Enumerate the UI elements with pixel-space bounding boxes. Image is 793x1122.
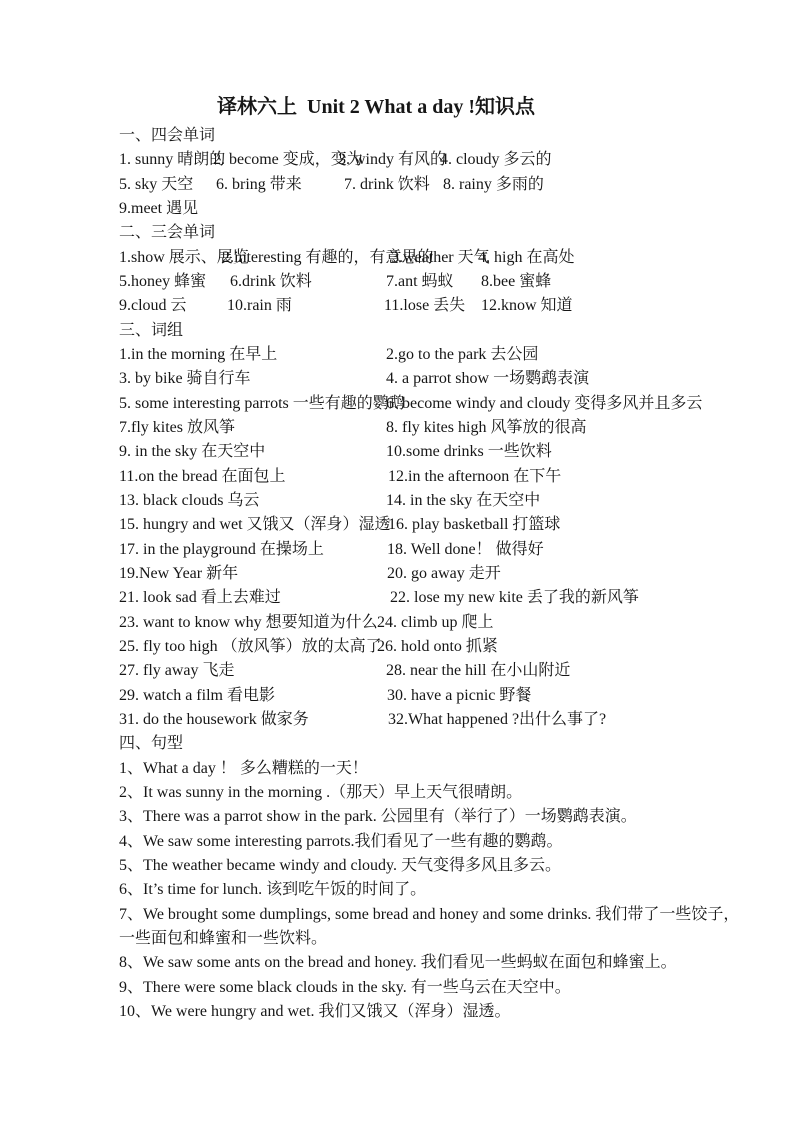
phrase-item: 17. in the playground 在操场上 [119, 538, 324, 562]
word-item: 4. high 在高处 [478, 246, 574, 270]
document-title: 译林六上 Unit 2 What a day !知识点 [0, 90, 752, 119]
phrase-item: 26. hold onto 抓紧 [377, 635, 498, 659]
word-item: 1. sunny 晴朗的 [119, 148, 225, 172]
sentence-row: 1、What a day ！ 多么糟糕的一天！ [0, 757, 793, 782]
phrase-row: 7.fly kites 放风筝 8. fly kites high 风筝放的很高 [0, 416, 793, 441]
sentence-line: 8、We saw some ants on the bread and hone… [119, 951, 677, 975]
sentence-row: 一些面包和蜂蜜和一些饮料。 [0, 927, 793, 952]
phrase-item: 3. by bike 骑自行车 [119, 367, 251, 391]
phrase-row: 19.New Year 新年 20. go away 走开 [0, 562, 793, 587]
phrase-row: 11.on the bread 在面包上 12.in the afternoon… [0, 465, 793, 490]
phrase-row: 29. watch a film 看电影 30. have a picnic 野… [0, 684, 793, 709]
word-item: 4. cloudy 多云的 [440, 148, 552, 172]
sentence-row: 4、We saw some interesting parrots.我们看见了一… [0, 830, 793, 855]
phrase-row: 27. fly away 飞走 28. near the hill 在小山附近 [0, 659, 793, 684]
phrase-row: 13. black clouds 乌云 14. in the sky 在天空中 [0, 489, 793, 514]
word-item: 9.meet 遇见 [119, 197, 198, 221]
document-page: 译林六上 Unit 2 What a day !知识点 一、四会单词 1. su… [0, 0, 793, 1122]
sentence-line-continuation: 一些面包和蜂蜜和一些饮料。 [119, 927, 327, 951]
phrase-item: 32.What happened ?出什么事了? [388, 708, 606, 732]
phrase-item: 1.in the morning 在早上 [119, 343, 277, 367]
phrase-item: 13. black clouds 乌云 [119, 489, 259, 513]
sentence-line: 7、We brought some dumplings, some bread … [119, 903, 739, 927]
phrase-item: 4. a parrot show 一场鹦鹉表演 [386, 367, 589, 391]
phrase-row: 15. hungry and wet 又饿又（浑身）湿透 16. play ba… [0, 513, 793, 538]
section-heading-phrases: 三、词组 [119, 319, 183, 343]
phrase-item: 30. have a picnic 野餐 [387, 684, 531, 708]
phrase-item: 24. climb up 爬上 [377, 611, 493, 635]
sentence-line: 3、There was a parrot show in the park. 公… [119, 805, 637, 829]
phrase-row: 9. in the sky 在天空中 10.some drinks 一些饮料 [0, 440, 793, 465]
sentence-line: 2、It was sunny in the morning .（那天）早上天气很… [119, 781, 522, 805]
phrase-item: 7.fly kites 放风筝 [119, 416, 235, 440]
phrase-item: 29. watch a film 看电影 [119, 684, 275, 708]
word-item: 10.rain 雨 [227, 294, 292, 318]
word-item: 12.know 知道 [481, 294, 573, 318]
phrase-item: 28. near the hill 在小山附近 [386, 659, 570, 683]
sentence-line: 5、The weather became windy and cloudy. 天… [119, 854, 561, 878]
word4-row: 5. sky 天空 6. bring 带来 7. drink 饮料 8. rai… [0, 173, 793, 198]
word-item: 3.weather 天气 [391, 246, 490, 270]
phrase-item: 11.on the bread 在面包上 [119, 465, 286, 489]
sentence-row: 3、There was a parrot show in the park. 公… [0, 805, 793, 830]
phrase-row: 1.in the morning 在早上 2.go to the park 去公… [0, 343, 793, 368]
sentence-row: 8、We saw some ants on the bread and hone… [0, 951, 793, 976]
word-item: 8.bee 蜜蜂 [481, 270, 551, 294]
phrase-item: 14. in the sky 在天空中 [386, 489, 540, 513]
word4-row: 9.meet 遇见 [0, 197, 793, 222]
phrase-item: 27. fly away 飞走 [119, 659, 235, 683]
word-item: 5.honey 蜂蜜 [119, 270, 206, 294]
section-heading-row: 四、句型 [0, 732, 793, 757]
word-item: 7. drink 饮料 [344, 173, 430, 197]
section-heading-sentences: 四、句型 [119, 732, 183, 756]
section-heading-word4: 一、四会单词 [119, 124, 215, 148]
word-item: 5. sky 天空 [119, 173, 193, 197]
phrase-item: 20. go away 走开 [387, 562, 501, 586]
phrase-item: 19.New Year 新年 [119, 562, 238, 586]
phrase-item: 21. look sad 看上去难过 [119, 586, 281, 610]
word4-row: 1. sunny 晴朗的 2. become 变成，变为 3. windy 有风… [0, 148, 793, 173]
sentence-line: 10、We were hungry and wet. 我们又饿又（浑身）湿透。 [119, 1000, 511, 1024]
word-item: 7.ant 蚂蚁 [386, 270, 454, 294]
phrase-row: 3. by bike 骑自行车 4. a parrot show 一场鹦鹉表演 [0, 367, 793, 392]
word3-row: 9.cloud 云 10.rain 雨 11.lose 丢失 12.know 知… [0, 294, 793, 319]
phrase-item: 18. Well done！ 做得好 [387, 538, 544, 562]
phrase-item: 16. play basketball 打篮球 [388, 513, 560, 537]
word-item: 6.drink 饮料 [230, 270, 312, 294]
sentence-line: 1、What a day ！ 多么糟糕的一天！ [119, 757, 368, 781]
sentence-row: 6、It’s time for lunch. 该到吃午饭的时间了。 [0, 878, 793, 903]
sentence-line: 4、We saw some interesting parrots.我们看见了一… [119, 830, 563, 854]
phrase-row: 17. in the playground 在操场上 18. Well done… [0, 538, 793, 563]
phrase-row: 31. do the housework 做家务 32.What happene… [0, 708, 793, 733]
sentence-row: 7、We brought some dumplings, some bread … [0, 903, 793, 928]
phrase-item: 5. some interesting parrots 一些有趣的鹦鹉 [119, 392, 405, 416]
section-heading-row: 一、四会单词 [0, 124, 793, 149]
word-item: 3. windy 有风的 [338, 148, 446, 172]
phrase-item: 23. want to know why 想要知道为什么 [119, 611, 378, 635]
phrase-row: 21. look sad 看上去难过 22. lose my new kite … [0, 586, 793, 611]
sentence-line: 9、There were some black clouds in the sk… [119, 976, 571, 1000]
word3-row: 5.honey 蜂蜜 6.drink 饮料 7.ant 蚂蚁 8.bee 蜜蜂 [0, 270, 793, 295]
sentence-line: 6、It’s time for lunch. 该到吃午饭的时间了。 [119, 878, 426, 902]
phrase-item: 2.go to the park 去公园 [386, 343, 538, 367]
phrase-item: 6. become windy and cloudy 变得多风并且多云 [386, 392, 702, 416]
phrase-item: 9. in the sky 在天空中 [119, 440, 265, 464]
phrase-item: 31. do the housework 做家务 [119, 708, 309, 732]
sentence-row: 5、The weather became windy and cloudy. 天… [0, 854, 793, 879]
word-item: 8. rainy 多雨的 [443, 173, 544, 197]
phrase-item: 8. fly kites high 风筝放的很高 [386, 416, 586, 440]
phrase-item: 10.some drinks 一些饮料 [386, 440, 552, 464]
sentence-row: 10、We were hungry and wet. 我们又饿又（浑身）湿透。 [0, 1000, 793, 1025]
sentence-row: 2、It was sunny in the morning .（那天）早上天气很… [0, 781, 793, 806]
phrase-row: 25. fly too high （放风筝）放的太高了 26. hold ont… [0, 635, 793, 660]
word-item: 11.lose 丢失 [384, 294, 465, 318]
section-heading-row: 三、词组 [0, 319, 793, 344]
sentence-row: 9、There were some black clouds in the sk… [0, 976, 793, 1001]
phrase-row: 23. want to know why 想要知道为什么 24. climb u… [0, 611, 793, 636]
phrase-item: 22. lose my new kite 丢了我的新风筝 [390, 586, 639, 610]
section-heading-word3: 二、三会单词 [119, 221, 215, 245]
phrase-item: 25. fly too high （放风筝）放的太高了 [119, 635, 382, 659]
phrase-row: 5. some interesting parrots 一些有趣的鹦鹉 6. b… [0, 392, 793, 417]
word3-row: 1.show 展示、展览 2.interesting 有趣的，有意思的 3.we… [0, 246, 793, 271]
phrase-item: 12.in the afternoon 在下午 [388, 465, 561, 489]
phrase-item: 15. hungry and wet 又饿又（浑身）湿透 [119, 513, 391, 537]
word-item: 9.cloud 云 [119, 294, 187, 318]
word-item: 6. bring 带来 [216, 173, 302, 197]
section-heading-row: 二、三会单词 [0, 221, 793, 246]
